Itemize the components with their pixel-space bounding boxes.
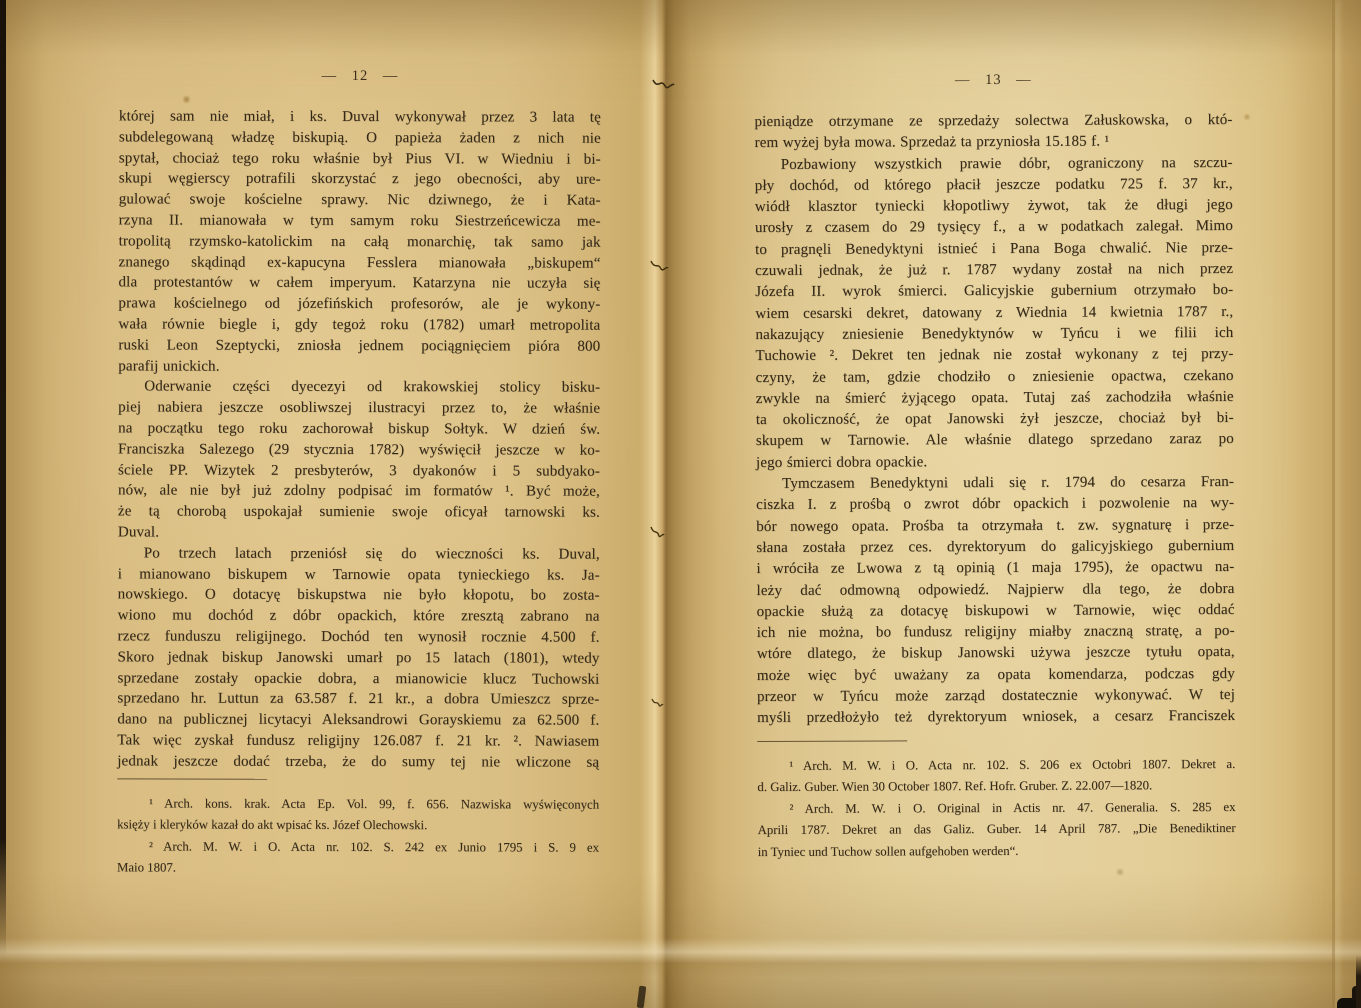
page-body-right: pieniądze otrzymane ze sprzedaży solectw…	[754, 110, 1235, 730]
text-line: której sam nie miał, i ks. Duval wykonyw…	[119, 106, 601, 128]
text-line: to pragnęli Benedyktyni istnieć i Pana B…	[755, 238, 1233, 261]
text-line: pieniądze otrzymane ze sprzedaży solectw…	[754, 110, 1232, 133]
stitch-mark	[648, 258, 670, 274]
text-line: prawa kościelnego od józefińskich profes…	[118, 294, 600, 316]
scan-edge-right	[1356, 955, 1361, 1008]
text-line: zwykle na śmierć żyjącego opata. Tutaj z…	[756, 387, 1234, 410]
text-line: leży dać odmowną odpowiedź. Najpierw dla…	[756, 578, 1234, 601]
text-line: skupi węgierscy potrafili skorzystać z j…	[119, 169, 601, 191]
footnote-line: ¹ Arch. M. W. i O. Acta nr. 102. S. 206 …	[757, 754, 1235, 778]
paragraph: pieniądze otrzymane ze sprzedaży solectw…	[754, 110, 1232, 155]
page-number-right: — 13 —	[754, 69, 1232, 91]
page-left: — 12 — której sam nie miał, i ks. Duval …	[117, 65, 601, 880]
text-line: parafij unickich.	[118, 356, 600, 378]
text-line: sprzedano hr. Luttun za 63.587 f. 21 kr.…	[117, 689, 599, 711]
footnote-line: ² Arch. M. W. i O. Original in Actis nr.…	[757, 797, 1235, 821]
paragraph: Oderwanie części dyecezyi od krakowskiej…	[118, 377, 600, 545]
paragraph: ² Arch. M. W. i O. Acta nr. 102. S. 242 …	[117, 836, 599, 880]
text-line: rzecz funduszu religijnego. Dochód ten w…	[118, 626, 600, 648]
stitch-mark	[650, 76, 676, 94]
text-line: myśli przedłożyło też dyrektoryum wniose…	[757, 706, 1235, 729]
text-line: nowskiego. O dotacyę biskupstwa nie było…	[118, 585, 600, 607]
text-line: piej nabiera jeszcze osobliwszej ilustra…	[118, 398, 600, 420]
text-line: wiono mu dochód z dóbr opackich, które z…	[118, 605, 600, 627]
text-line: Oderwanie części dyecezyi od krakowskiej…	[118, 377, 600, 399]
footnote-line: ¹ Arch. kons. krak. Acta Ep. Vol. 99, f.…	[117, 793, 599, 816]
text-line: ta okoliczność, że opat Janowski żył jes…	[756, 408, 1234, 431]
stitch-mark	[648, 524, 666, 540]
text-line: i wróciła ze Lwowa z tą opinią (1 maja 1…	[756, 557, 1234, 580]
text-line: wiódł klasztor tyniecki kłopotliwy żywot…	[755, 195, 1233, 218]
paragraph: Po trzech latach przeniósł się do wieczn…	[117, 543, 600, 773]
text-line: czuwali jednak, że już r. 1787 wydany zo…	[755, 259, 1233, 282]
text-line: czyny, że tam, gdzie chodziło o zniesien…	[756, 366, 1234, 389]
footnotes-left: ¹ Arch. kons. krak. Acta Ep. Vol. 99, f.…	[117, 793, 599, 881]
text-line: jego śmierci dobra opackie.	[756, 451, 1234, 474]
text-line: Tuchowie ². Dekret ten jednak nie został…	[755, 344, 1233, 367]
paper-stain	[1115, 868, 1125, 876]
text-line: tropolitą rzymsko-katolickim na całą mon…	[119, 231, 601, 253]
book-spread: — 12 — której sam nie miał, i ks. Duval …	[0, 0, 1361, 1008]
text-line: Józefa II. wyrok śmierci. Galicyjskie gu…	[755, 280, 1233, 303]
text-line: że tą chorobą uspokajał sumienie swoje o…	[118, 502, 600, 524]
text-line: skupem w Tarnowie. Ale właśnie dlatego s…	[756, 429, 1234, 452]
page-right: — 13 — pieniądze otrzymane ze sprzedaży …	[754, 69, 1235, 864]
text-line: subdelegowaną władzę biskupią. O papieża…	[119, 127, 601, 149]
text-line: spytał, chociaż tego roku właśnie był Pi…	[119, 148, 601, 170]
text-line: ruski Leon Szeptycki, zniosła jednem poc…	[118, 335, 600, 357]
text-line: sprzedane zostały opackie dobra, a miano…	[117, 668, 599, 690]
text-line: znanego skądinąd ex-kapucyna Fesslera mi…	[119, 252, 601, 274]
footnote-rule-right	[757, 740, 907, 742]
scan-corner-bottom-right-upper	[1352, 986, 1361, 1000]
text-line: Pozbawiony wszystkich prawie dóbr, ogran…	[755, 153, 1233, 176]
text-line: gulować swoje kościelne sprawy. Nic dziw…	[119, 190, 601, 212]
text-line: Skoro jednak biskup Janowski umarł po 15…	[117, 647, 599, 669]
footnote-rule-left	[117, 778, 267, 779]
paragraph: ² Arch. M. W. i O. Original in Actis nr.…	[757, 797, 1235, 864]
paper-stain	[1243, 113, 1251, 121]
text-line: dla protestantów w całem imperyum. Katar…	[118, 273, 600, 295]
text-line: słana została przez ces. dyrektoryum do …	[756, 536, 1234, 559]
text-line: nakazujący zniesienie Benedyktynów w Tyń…	[755, 323, 1233, 346]
paragraph: ¹ Arch. M. W. i O. Acta nr. 102. S. 206 …	[757, 754, 1235, 799]
footnote-line: d. Galiz. Guber. Wien 30 October 1807. R…	[757, 775, 1235, 799]
page-body-left: której sam nie miał, i ks. Duval wykonyw…	[117, 106, 601, 773]
footnote-line: Aprili 1787. Dekret an das Galiz. Guber.…	[758, 818, 1236, 842]
text-line: wtóre dlatego, że biskup Janowski używa …	[757, 642, 1235, 665]
paragraph: ¹ Arch. kons. krak. Acta Ep. Vol. 99, f.…	[117, 793, 599, 837]
text-line: pły dochód, od którego płacił jeszcze po…	[755, 174, 1233, 197]
footnote-line: in Tyniec und Tuchow sollen aufgehoben w…	[758, 840, 1236, 864]
text-line: rzyna II. mianowała w tym samym roku Sie…	[119, 210, 601, 232]
scan-corner-bottom-right	[1337, 998, 1361, 1008]
paragraph: Pozbawiony wszystkich prawie dóbr, ogran…	[755, 153, 1234, 475]
text-line: ich nie można, bo fundusz religijny miał…	[757, 621, 1235, 644]
page-number-left: — 12 —	[119, 65, 601, 86]
stitch-mark	[649, 696, 665, 710]
text-line: Duval.	[118, 522, 600, 544]
paragraph: której sam nie miał, i ks. Duval wykonyw…	[118, 106, 601, 378]
text-line: wała równie biegle i, gdy tegoż roku (17…	[118, 314, 600, 336]
text-line: może więc być uważany za opata komendarz…	[757, 664, 1235, 687]
text-line: Tymczasem Benedyktyni udali się r. 1794 …	[756, 472, 1234, 495]
text-line: Tak więc zyskał fundusz religijny 126.08…	[117, 730, 599, 752]
text-line: wiem cesarski dekret, datowany z Wiednia…	[755, 302, 1233, 325]
text-line: ciszka I. z prośbą o zwrot dóbr opackich…	[756, 493, 1234, 516]
page-fore-edge	[1332, 0, 1335, 1008]
footnote-line: księży i kleryków kazał do akt wpisać ks…	[117, 814, 599, 837]
text-line: Po trzech latach przeniósł się do wieczn…	[118, 543, 600, 565]
text-line: i mianowano biskupem w Tarnowie opata ty…	[118, 564, 600, 586]
text-line: dano na publicznej licytacyi Aleksandrow…	[117, 709, 599, 731]
text-line: nów, ale nie był już zdolny podpisać im …	[118, 481, 600, 503]
text-line: opackie służą za dotacyę biskupowi w Tar…	[757, 600, 1235, 623]
text-line: przeor w Tyńcu może zarząd dostatecznie …	[757, 685, 1235, 708]
text-line: urosły z czasem do 29 tysięcy f., a w po…	[755, 216, 1233, 239]
text-line: rem wyżej była mowa. Sprzedaż ta przynio…	[755, 131, 1233, 154]
footnotes-right: ¹ Arch. M. W. i O. Acta nr. 102. S. 206 …	[757, 754, 1235, 864]
text-line: na początku tego roku zachorował biskup …	[118, 418, 600, 440]
footnote-line: ² Arch. M. W. i O. Acta nr. 102. S. 242 …	[117, 836, 599, 859]
footnote-line: Maio 1807.	[117, 858, 599, 881]
text-line: Franciszka Salezego (29 stycznia 1782) w…	[118, 439, 600, 461]
paragraph: Tymczasem Benedyktyni udali się r. 1794 …	[756, 472, 1235, 730]
text-line: jednak jeszcze dodać trzeba, że do sumy …	[117, 751, 599, 773]
scan-edge-left	[0, 0, 6, 975]
text-line: ściele PP. Wizytek 2 presbyterów, 3 dyak…	[118, 460, 600, 482]
binding-mark	[637, 986, 647, 1008]
text-line: bór nowego opata. Prośba ta otrzymała t.…	[756, 515, 1234, 538]
